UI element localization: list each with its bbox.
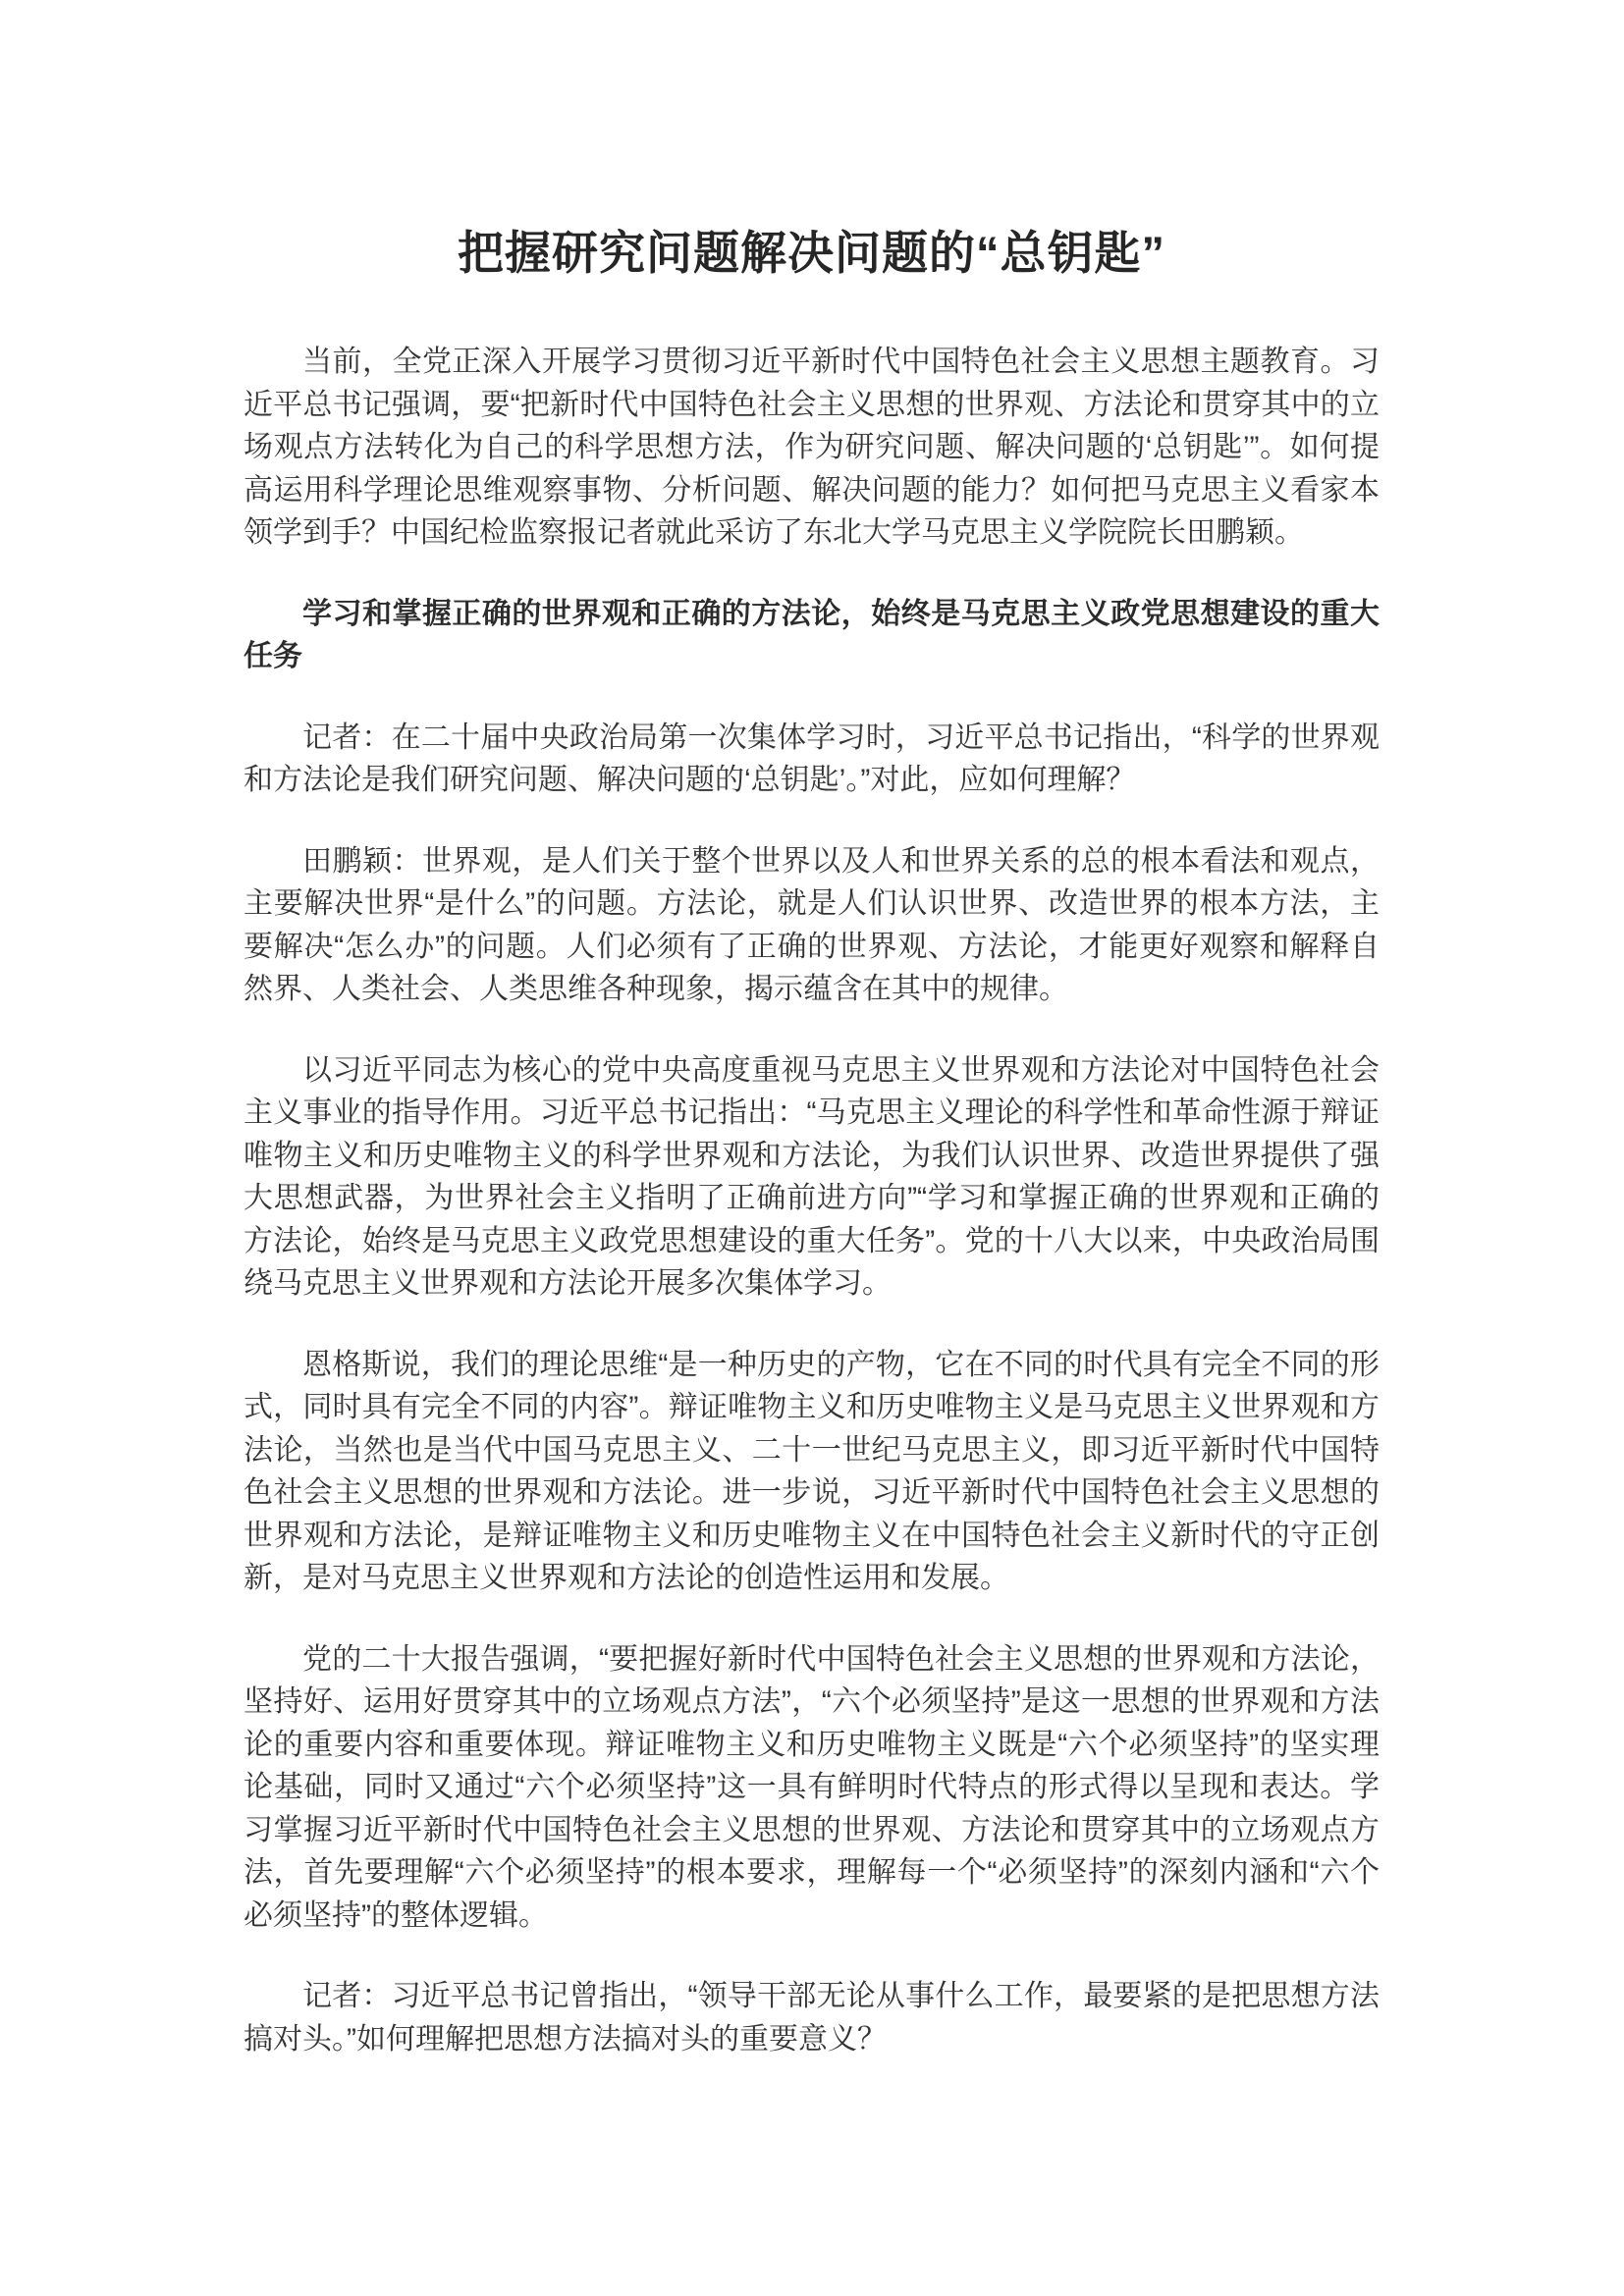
paragraph-intro: 当前，全党正深入开展学习贯彻习近平新时代中国特色社会主义思想主题教育。习近平总书… [244, 341, 1380, 555]
paragraph-answer-20th-congress: 党的二十大报告强调，“要把握好新时代中国特色社会主义思想的世界观和方法论，坚持好… [244, 1638, 1380, 1938]
paragraph-answer-engels: 恩格斯说，我们的理论思维“是一种历史的产物，它在不同的时代具有完全不同的形式，同… [244, 1344, 1380, 1600]
article-title: 把握研究问题解决问题的“总钥匙” [244, 225, 1380, 282]
section-heading-worldview-methodology: 学习和掌握正确的世界观和正确的方法论，始终是马克思主义政党思想建设的重大任务 [244, 593, 1380, 678]
paragraph-reporter-question-2: 记者：习近平总书记曾指出，“领导干部无论从事什么工作，最要紧的是把思想方法搞对头… [244, 1975, 1380, 2060]
article-body: 把握研究问题解决问题的“总钥匙” 当前，全党正深入开展学习贯彻习近平新时代中国特… [244, 225, 1380, 2099]
paragraph-reporter-question-1: 记者：在二十届中央政治局第一次集体学习时，习近平总书记指出，“科学的世界观和方法… [244, 717, 1380, 802]
document-page: 把握研究问题解决问题的“总钥匙” 当前，全党正深入开展学习贯彻习近平新时代中国特… [0, 0, 1624, 2296]
paragraph-answer-worldview-definition: 田鹏颖：世界观，是人们关于整个世界以及人和世界关系的总的根本看法和观点，主要解决… [244, 840, 1380, 1011]
paragraph-answer-party-central: 以习近平同志为核心的党中央高度重视马克思主义世界观和方法论对中国特色社会主义事业… [244, 1049, 1380, 1306]
